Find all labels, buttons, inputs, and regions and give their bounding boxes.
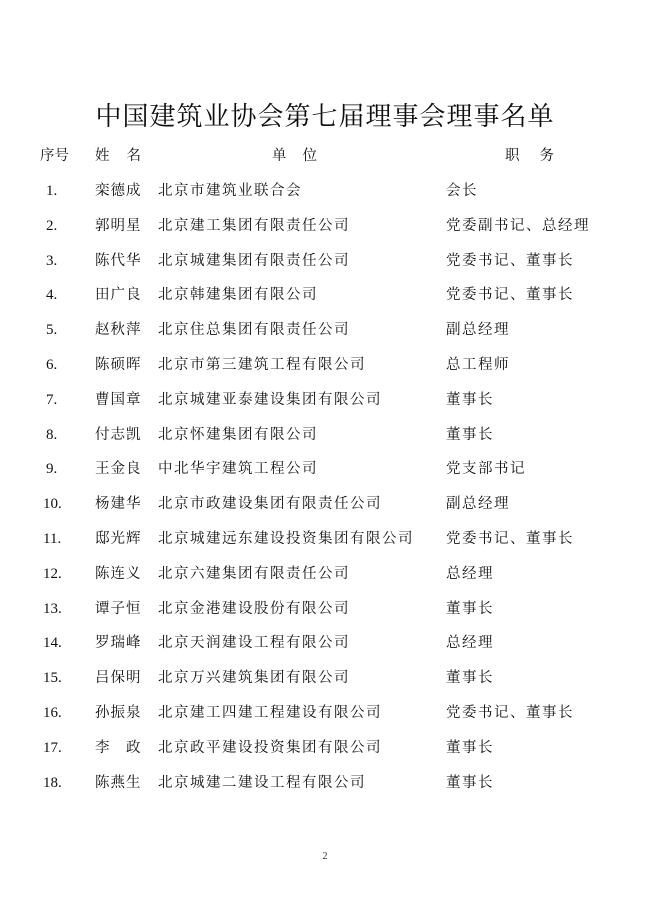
member-unit: 北京市政建设集团有限责任公司	[158, 492, 443, 516]
table-header: 序号 姓名 单位 职务	[0, 144, 650, 168]
member-unit: 中北华宇建筑工程公司	[158, 457, 443, 481]
member-position: 党委书记、董事长	[446, 527, 626, 551]
member-unit: 北京韩建集团有限公司	[158, 283, 443, 307]
member-unit: 北京金港建设股份有限公司	[158, 597, 443, 621]
member-position: 副总经理	[446, 492, 626, 516]
member-unit: 北京城建集团有限责任公司	[158, 249, 443, 273]
row-number: 8.	[46, 423, 96, 447]
member-unit: 北京万兴建筑集团有限公司	[158, 666, 443, 690]
header-name-part1: 姓	[95, 148, 111, 164]
member-name: 栾德成	[95, 179, 155, 203]
header-name: 姓名	[95, 144, 155, 168]
member-unit: 北京住总集团有限责任公司	[158, 318, 443, 342]
row-number: 1.	[46, 179, 96, 203]
member-name: 郭明星	[95, 214, 155, 238]
table-row: 1.栾德成北京市建筑业联合会会长	[0, 179, 650, 203]
row-number: 3.	[46, 249, 96, 273]
member-position: 党支部书记	[446, 457, 626, 481]
member-name: 谭子恒	[95, 597, 155, 621]
member-position: 总工程师	[446, 353, 626, 377]
member-position: 董事长	[446, 388, 626, 412]
row-number: 16.	[43, 701, 93, 725]
header-no: 序号	[40, 144, 90, 168]
member-name: 曹国章	[95, 388, 155, 412]
page-number: 2	[0, 851, 650, 862]
row-number: 13.	[43, 597, 93, 621]
row-number: 7.	[46, 388, 96, 412]
member-position: 副总经理	[446, 318, 626, 342]
row-number: 9.	[46, 457, 96, 481]
member-name: 邸光辉	[95, 527, 155, 551]
member-position: 党委副书记、总经理	[446, 214, 626, 238]
member-unit: 北京政平建设投资集团有限公司	[158, 736, 443, 760]
member-position: 董事长	[446, 736, 626, 760]
member-unit: 北京市建筑业联合会	[158, 179, 443, 203]
table-row: 4.田广良北京韩建集团有限公司党委书记、董事长	[0, 283, 650, 307]
member-name: 罗瑞峰	[95, 631, 155, 655]
table-row: 17.李 政北京政平建设投资集团有限公司董事长	[0, 736, 650, 760]
document-title: 中国建筑业协会第七届理事会理事名单	[0, 96, 650, 133]
member-position: 董事长	[446, 666, 626, 690]
member-position: 党委书记、董事长	[446, 249, 626, 273]
member-name: 孙振泉	[95, 701, 155, 725]
table-row: 6.陈硕晖北京市第三建筑工程有限公司总工程师	[0, 353, 650, 377]
row-number: 11.	[43, 527, 93, 551]
table-row: 8.付志凯北京怀建集团有限公司董事长	[0, 423, 650, 447]
member-unit: 北京城建二建设工程有限公司	[158, 771, 443, 795]
document-page: 中国建筑业协会第七届理事会理事名单 序号 姓名 单位 职务 1.栾德成北京市建筑…	[0, 0, 650, 919]
table-row: 12.陈连义北京六建集团有限责任公司总经理	[0, 562, 650, 586]
table-row: 10.杨建华北京市政建设集团有限责任公司副总经理	[0, 492, 650, 516]
row-number: 14.	[43, 631, 93, 655]
member-name: 陈代华	[95, 249, 155, 273]
member-name: 陈硕晖	[95, 353, 155, 377]
member-unit: 北京城建亚泰建设集团有限公司	[158, 388, 443, 412]
table-row: 5.赵秋萍北京住总集团有限责任公司副总经理	[0, 318, 650, 342]
table-row: 15.吕保明北京万兴建筑集团有限公司董事长	[0, 666, 650, 690]
row-number: 5.	[46, 318, 96, 342]
header-name-part2: 名	[127, 148, 143, 164]
member-position: 总经理	[446, 631, 626, 655]
member-name: 田广良	[95, 283, 155, 307]
member-name: 赵秋萍	[95, 318, 155, 342]
row-number: 18.	[43, 771, 93, 795]
member-name: 陈燕生	[95, 771, 155, 795]
member-position: 党委书记、董事长	[446, 283, 626, 307]
member-position: 党委书记、董事长	[446, 701, 626, 725]
member-unit: 北京市第三建筑工程有限公司	[158, 353, 443, 377]
member-name: 吕保明	[95, 666, 155, 690]
member-name: 付志凯	[95, 423, 155, 447]
member-position: 总经理	[446, 562, 626, 586]
row-number: 4.	[46, 283, 96, 307]
member-unit: 北京怀建集团有限公司	[158, 423, 443, 447]
row-number: 15.	[43, 666, 93, 690]
member-unit: 北京城建远东建设投资集团有限公司	[158, 527, 443, 551]
table-row: 9.王金良中北华宇建筑工程公司党支部书记	[0, 457, 650, 481]
member-position: 董事长	[446, 597, 626, 621]
header-title-part1: 职	[505, 148, 520, 164]
table-row: 11.邸光辉北京城建远东建设投资集团有限公司党委书记、董事长	[0, 527, 650, 551]
table-row: 14.罗瑞峰北京天润建设工程有限公司总经理	[0, 631, 650, 655]
member-unit: 北京天润建设工程有限公司	[158, 631, 443, 655]
header-unit-part2: 位	[303, 148, 318, 164]
member-name: 李 政	[95, 736, 155, 760]
row-number: 6.	[46, 353, 96, 377]
row-number: 10.	[43, 492, 93, 516]
member-unit: 北京建工集团有限责任公司	[158, 214, 443, 238]
member-position: 董事长	[446, 423, 626, 447]
member-name: 王金良	[95, 457, 155, 481]
table-row: 7.曹国章北京城建亚泰建设集团有限公司董事长	[0, 388, 650, 412]
table-row: 16.孙振泉北京建工四建工程建设有限公司党委书记、董事长	[0, 701, 650, 725]
member-name: 陈连义	[95, 562, 155, 586]
table-row: 13.谭子恒北京金港建设股份有限公司董事长	[0, 597, 650, 621]
header-title-part2: 务	[540, 148, 555, 164]
header-unit-part1: 单	[272, 148, 287, 164]
row-number: 17.	[43, 736, 93, 760]
member-unit: 北京建工四建工程建设有限公司	[158, 701, 443, 725]
table-row: 18.陈燕生北京城建二建设工程有限公司董事长	[0, 771, 650, 795]
member-position: 会长	[446, 179, 626, 203]
member-unit: 北京六建集团有限责任公司	[158, 562, 443, 586]
header-title: 职务	[505, 144, 650, 168]
member-position: 董事长	[446, 771, 626, 795]
row-number: 12.	[43, 562, 93, 586]
member-name: 杨建华	[95, 492, 155, 516]
row-number: 2.	[46, 214, 96, 238]
table-row: 2.郭明星北京建工集团有限责任公司党委副书记、总经理	[0, 214, 650, 238]
table-row: 3.陈代华北京城建集团有限责任公司党委书记、董事长	[0, 249, 650, 273]
